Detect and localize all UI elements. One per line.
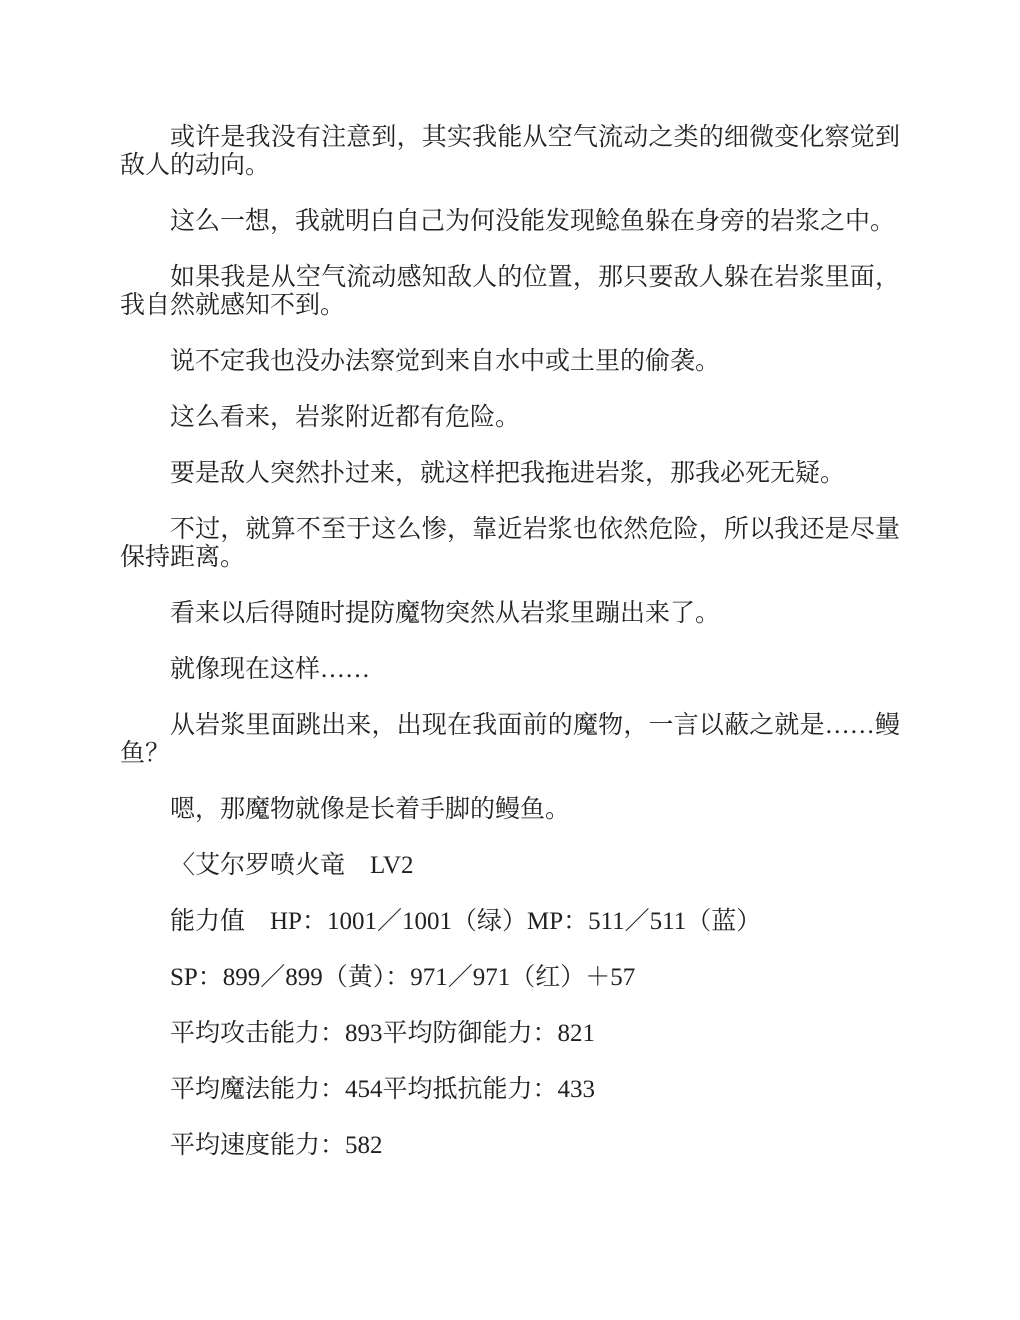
paragraph: 说不定我也没办法察觉到来自水中或土里的偷袭。 xyxy=(120,348,900,376)
paragraph: 这么看来，岩浆附近都有危险。 xyxy=(120,404,900,432)
document-page: 或许是我没有注意到，其实我能从空气流动之类的细微变化察觉到敌人的动向。 这么一想… xyxy=(0,0,1020,1320)
paragraph: 不过，就算不至于这么惨，靠近岩浆也依然危险，所以我还是尽量保持距离。 xyxy=(120,516,900,572)
paragraph: 嗯，那魔物就像是长着手脚的鳗鱼。 xyxy=(120,796,900,824)
paragraph: 如果我是从空气流动感知敌人的位置，那只要敌人躲在岩浆里面，我自然就感知不到。 xyxy=(120,264,900,320)
stats-sp-line: SP：899／899（黄）：971／971（红）＋57 xyxy=(120,964,900,992)
paragraph: 或许是我没有注意到，其实我能从空气流动之类的细微变化察觉到敌人的动向。 xyxy=(120,124,900,180)
stats-attack-defense-line: 平均攻击能力：893平均防御能力：821 xyxy=(120,1020,900,1048)
paragraph: 这么一想，我就明白自己为何没能发现鲶鱼躲在身旁的岩浆之中。 xyxy=(120,208,900,236)
stats-hp-mp-line: 能力值 HP：1001／1001（绿）MP：511／511（蓝） xyxy=(120,908,900,936)
paragraph: 要是敌人突然扑过来，就这样把我拖进岩浆，那我必死无疑。 xyxy=(120,460,900,488)
stats-speed-line: 平均速度能力：582 xyxy=(120,1132,900,1160)
paragraph: 就像现在这样…… xyxy=(120,656,900,684)
paragraph: 从岩浆里面跳出来，出现在我面前的魔物，一言以蔽之就是……鳗鱼？ xyxy=(120,712,900,768)
monster-name-line: 〈艾尔罗喷火竜 LV2 xyxy=(120,852,900,880)
paragraph: 看来以后得随时提防魔物突然从岩浆里蹦出来了。 xyxy=(120,600,900,628)
stats-magic-resist-line: 平均魔法能力：454平均抵抗能力：433 xyxy=(120,1076,900,1104)
